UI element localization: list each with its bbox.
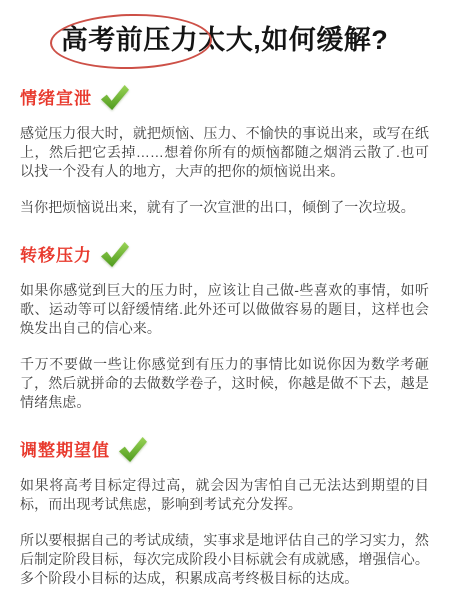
green-check-icon bbox=[99, 84, 130, 111]
section-emotional-venting: 情绪宣泄 感觉压力很大时，就把烦恼、压力、不愉快的事说出来，或写在纸上，然后把它… bbox=[20, 86, 429, 217]
section-heading-row: 情绪宣泄 bbox=[20, 86, 429, 111]
section-heading-row: 调整期望值 bbox=[20, 438, 429, 463]
title-circled-phrase: 高考前压力 bbox=[61, 22, 199, 58]
section-paragraph: 当你把烦恼说出来，就有了一次宣泄的出口，倾倒了一次垃圾。 bbox=[20, 198, 429, 217]
green-check-icon bbox=[117, 436, 148, 463]
section-adjust-expectations: 调整期望值 如果将高考目标定得过高，就会因为害怕自己无法达到期望的目标，而出现考… bbox=[20, 438, 429, 588]
section-paragraph: 所以要根据自己的考试成绩，实事求是地评估自己的学习实力，然后制定阶段目标，每次完… bbox=[20, 531, 429, 588]
page-title: 高考前压力太大,如何缓解? bbox=[20, 22, 429, 58]
poster-page: 高考前压力太大,如何缓解? 情绪宣泄 感觉压力很大时，就把烦恼、压力、不愉快的事… bbox=[0, 0, 449, 600]
title-rest-text: 太大,如何缓解? bbox=[198, 25, 388, 55]
section-paragraph: 感觉压力很大时，就把烦恼、压力、不愉快的事说出来，或写在纸上，然后把它丢掉……想… bbox=[20, 124, 429, 181]
section-paragraph: 如果你感觉到巨大的压力时，应该让自己做-些喜欢的事情，如听歌、运动等可以舒缓情绪… bbox=[20, 281, 429, 338]
section-paragraph: 如果将高考目标定得过高，就会因为害怕自己无法达到期望的目标，而出现考试焦虑，影响… bbox=[20, 476, 429, 514]
title-circled-text: 高考前压力 bbox=[61, 25, 199, 55]
green-check-icon bbox=[99, 241, 130, 268]
section-heading: 情绪宣泄 bbox=[20, 88, 92, 110]
section-transfer-pressure: 转移压力 如果你感觉到巨大的压力时，应该让自己做-些喜欢的事情，如听歌、运动等可… bbox=[20, 243, 429, 412]
section-paragraph: 千万不要做一些让你感觉到有压力的事情比如说你因为数学考砸了，然后就拼命的去做数学… bbox=[20, 355, 429, 412]
section-heading: 转移压力 bbox=[20, 245, 92, 267]
section-heading: 调整期望值 bbox=[20, 440, 110, 462]
section-heading-row: 转移压力 bbox=[20, 243, 429, 268]
